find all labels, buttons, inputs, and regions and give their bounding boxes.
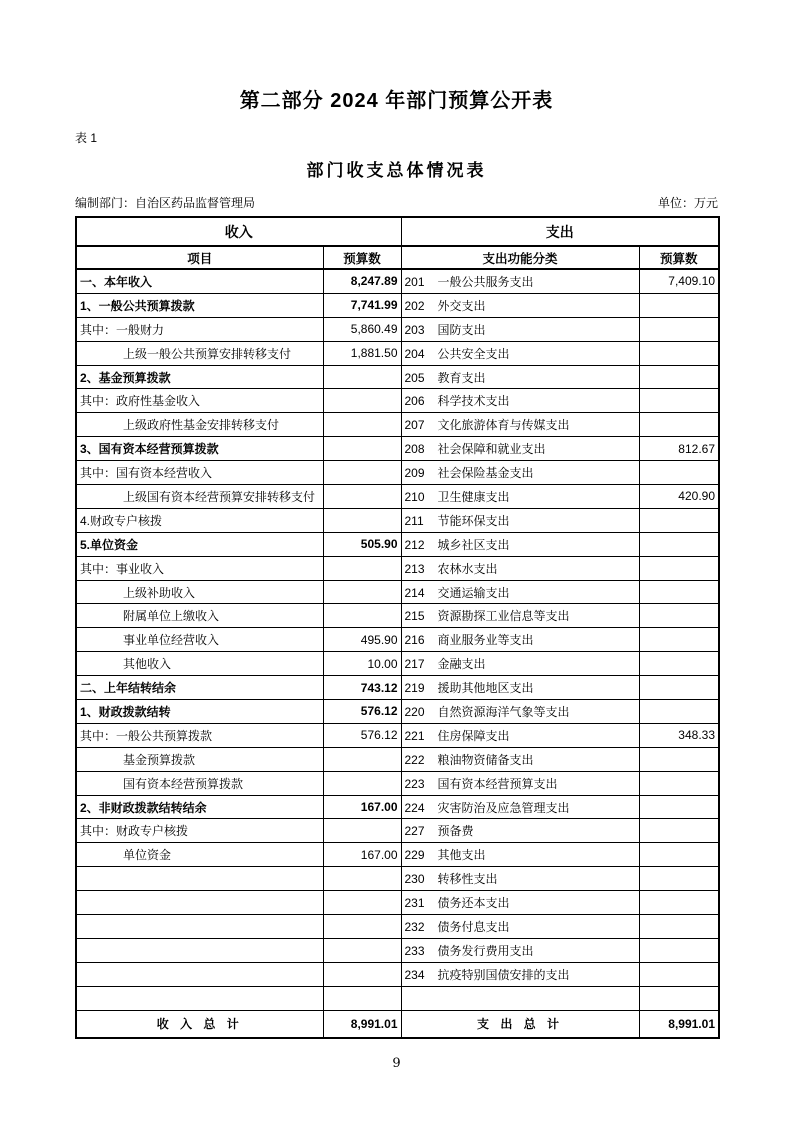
expense-function-code: 227 [405,824,430,838]
income-item-cell: 上级补助收入 [76,580,323,604]
expense-function-code: 211 [405,514,430,528]
income-item-cell [76,938,323,962]
expense-budget-cell [639,962,719,986]
table-title: 部门收支总体情况表 [0,156,793,181]
expense-function-cell: 216商业服务业等支出 [401,628,639,652]
expense-function-name: 金融支出 [438,657,486,671]
expense-budget-cell [639,532,719,556]
expense-budget-cell [639,843,719,867]
expense-total-value: 8,991.01 [639,1010,719,1038]
income-item-cell: 4.财政专户核拨 [76,508,323,532]
expense-function-name: 节能环保支出 [438,514,510,528]
column-header-row: 项目 预算数 支出功能分类 预算数 [76,246,719,269]
table-row: 上级国有资本经营预算安排转移支付210卫生健康支出420.90 [76,485,719,509]
income-budget-cell [323,986,401,1010]
expense-budget-cell [639,628,719,652]
table-row: 一、本年收入8,247.89201一般公共服务支出7,409.10 [76,269,719,293]
expense-function-cell: 220自然资源海洋气象等支出 [401,700,639,724]
expense-function-name: 社会保障和就业支出 [438,442,546,456]
budget-table-body: 一、本年收入8,247.89201一般公共服务支出7,409.101、一般公共预… [76,269,719,1010]
expense-function-code: 222 [405,753,430,767]
expense-function-cell: 222粮油物资储备支出 [401,747,639,771]
expense-function-code: 201 [405,275,430,289]
expense-function-code: 221 [405,729,430,743]
income-item-cell: 上级一般公共预算安排转移支付 [76,341,323,365]
expense-function-name: 债务还本支出 [438,896,510,910]
expense-function-cell: 223国有资本经营预算支出 [401,771,639,795]
expense-function-code: 210 [405,490,430,504]
table-row: 上级补助收入214交通运输支出 [76,580,719,604]
expense-function-cell: 208社会保障和就业支出 [401,437,639,461]
income-budget-column-header: 预算数 [323,246,401,269]
expense-function-cell: 221住房保障支出 [401,723,639,747]
expense-function-code: 215 [405,609,430,623]
expense-budget-cell [639,652,719,676]
income-budget-cell [323,580,401,604]
expense-function-name: 抗疫特别国债安排的支出 [438,968,570,982]
expense-budget-cell [639,556,719,580]
table-row: 其中：国有资本经营收入209社会保险基金支出 [76,461,719,485]
income-item-cell: 上级国有资本经营预算安排转移支付 [76,485,323,509]
expense-function-name: 资源勘探工业信息等支出 [438,609,570,623]
income-item-cell: 1、一般公共预算拨款 [76,293,323,317]
page-number: 9 [75,1056,718,1071]
expense-function-name: 文化旅游体育与传媒支出 [438,418,570,432]
table-row: 234抗疫特别国债安排的支出 [76,962,719,986]
expense-function-code: 231 [405,896,430,910]
expense-function-code: 234 [405,968,430,982]
expense-function-name: 卫生健康支出 [438,490,510,504]
table-label: 表 1 [75,129,793,146]
expense-function-cell: 210卫生健康支出 [401,485,639,509]
table-row: 5.单位资金505.90212城乡社区支出 [76,532,719,556]
income-budget-cell [323,938,401,962]
income-budget-cell [323,389,401,413]
income-budget-cell: 743.12 [323,676,401,700]
expense-function-code: 207 [405,418,430,432]
expense-function-code: 220 [405,705,430,719]
income-budget-cell [323,508,401,532]
expense-function-code: 219 [405,681,430,695]
income-budget-cell: 505.90 [323,532,401,556]
income-item-cell: 2、基金预算拨款 [76,365,323,389]
income-item-cell: 其中：财政专户核拨 [76,819,323,843]
expense-group-header: 支出 [401,217,719,246]
income-budget-cell: 576.12 [323,723,401,747]
table-row: 上级一般公共预算安排转移支付1,881.50204公共安全支出 [76,341,719,365]
table-row: 233债务发行费用支出 [76,938,719,962]
expense-budget-cell [639,580,719,604]
expense-function-code: 214 [405,586,430,600]
expense-function-column-header: 支出功能分类 [401,246,639,269]
expense-function-name: 一般公共服务支出 [438,275,534,289]
expense-function-code: 223 [405,777,430,791]
income-item-cell [76,962,323,986]
part-title: 第二部分 2024 年部门预算公开表 [0,0,793,113]
income-item-cell [76,915,323,939]
table-row: 基金预算拨款222粮油物资储备支出 [76,747,719,771]
expense-function-code: 229 [405,848,430,862]
table-row: 2、非财政拨款结转结余167.00224灾害防治及应急管理支出 [76,795,719,819]
table-row: 1、财政拨款结转576.12220自然资源海洋气象等支出 [76,700,719,724]
table-row: 国有资本经营预算拨款223国有资本经营预算支出 [76,771,719,795]
expense-function-cell: 207文化旅游体育与传媒支出 [401,413,639,437]
expense-function-name: 商业服务业等支出 [438,633,534,647]
expense-budget-cell [639,508,719,532]
expense-function-name: 债务付息支出 [438,920,510,934]
expense-function-code: 204 [405,347,430,361]
income-budget-cell [323,413,401,437]
income-item-cell: 二、上年结转结余 [76,676,323,700]
table-row: 单位资金167.00229其他支出 [76,843,719,867]
income-item-cell: 上级政府性基金安排转移支付 [76,413,323,437]
expense-function-code: 203 [405,323,430,337]
expense-function-name: 预备费 [438,824,474,838]
expense-function-cell: 232债务付息支出 [401,915,639,939]
expense-function-code: 217 [405,657,430,671]
expense-function-cell: 215资源勘探工业信息等支出 [401,604,639,628]
expense-budget-cell [639,341,719,365]
expense-budget-cell [639,891,719,915]
expense-budget-cell: 348.33 [639,723,719,747]
table-row: 3、国有资本经营预算拨款208社会保障和就业支出812.67 [76,437,719,461]
income-total-value: 8,991.01 [323,1010,401,1038]
income-item-cell: 2、非财政拨款结转结余 [76,795,323,819]
table-row: 230转移性支出 [76,867,719,891]
document-page: 第二部分 2024 年部门预算公开表 表 1 部门收支总体情况表 编制部门：自治… [0,0,793,1122]
expense-function-code: 202 [405,299,430,313]
expense-function-name: 援助其他地区支出 [438,681,534,695]
expense-budget-cell [639,915,719,939]
expense-function-name: 转移性支出 [438,872,498,886]
income-budget-cell [323,771,401,795]
expense-function-cell [401,986,639,1010]
income-budget-cell [323,891,401,915]
expense-budget-cell: 7,409.10 [639,269,719,293]
income-budget-cell: 10.00 [323,652,401,676]
table-row: 其中：一般公共预算拨款576.12221住房保障支出348.33 [76,723,719,747]
income-item-cell: 3、国有资本经营预算拨款 [76,437,323,461]
income-item-cell [76,891,323,915]
expense-function-cell: 211节能环保支出 [401,508,639,532]
expense-function-name: 交通运输支出 [438,586,510,600]
income-total-label: 收 入 总 计 [76,1010,323,1038]
expense-function-code: 216 [405,633,430,647]
table-row: 附属单位上缴收入215资源勘探工业信息等支出 [76,604,719,628]
income-budget-cell: 576.12 [323,700,401,724]
table-row: 其中：财政专户核拨227预备费 [76,819,719,843]
expense-function-code: 230 [405,872,430,886]
income-budget-cell [323,747,401,771]
income-item-cell: 基金预算拨款 [76,747,323,771]
expense-function-cell: 219援助其他地区支出 [401,676,639,700]
expense-function-code: 209 [405,466,430,480]
income-budget-cell: 167.00 [323,843,401,867]
income-budget-cell [323,365,401,389]
expense-total-label: 支 出 总 计 [401,1010,639,1038]
income-budget-cell [323,461,401,485]
table-row: 事业单位经营收入495.90216商业服务业等支出 [76,628,719,652]
income-item-cell [76,867,323,891]
table-row: 其中：一般财力5,860.49203国防支出 [76,317,719,341]
expense-budget-cell [639,747,719,771]
income-item-cell: 事业单位经营收入 [76,628,323,652]
expense-function-code: 233 [405,944,430,958]
income-item-cell [76,986,323,1010]
expense-function-cell: 212城乡社区支出 [401,532,639,556]
expense-function-name: 城乡社区支出 [438,538,510,552]
expense-budget-cell [639,604,719,628]
expense-budget-cell [639,771,719,795]
group-header-row: 收入 支出 [76,217,719,246]
income-budget-cell [323,915,401,939]
expense-function-cell: 204公共安全支出 [401,341,639,365]
income-item-cell: 其中：一般财力 [76,317,323,341]
income-budget-cell: 167.00 [323,795,401,819]
expense-budget-cell [639,795,719,819]
income-item-cell: 其中：事业收入 [76,556,323,580]
expense-function-name: 外交支出 [438,299,486,313]
income-item-cell: 1、财政拨款结转 [76,700,323,724]
table-row: 231债务还本支出 [76,891,719,915]
table-row: 1、一般公共预算拨款7,741.99202外交支出 [76,293,719,317]
table-row: 4.财政专户核拨211节能环保支出 [76,508,719,532]
income-item-cell: 其中：政府性基金收入 [76,389,323,413]
expense-function-cell: 213农林水支出 [401,556,639,580]
table-row: 其中：政府性基金收入206科学技术支出 [76,389,719,413]
expense-function-cell: 217金融支出 [401,652,639,676]
expense-function-cell: 227预备费 [401,819,639,843]
expense-budget-cell [639,938,719,962]
income-item-cell: 其中：一般公共预算拨款 [76,723,323,747]
prepared-by-label: 编制部门：自治区药品监督管理局 [75,194,255,211]
expense-function-name: 公共安全支出 [438,347,510,361]
expense-function-code: 205 [405,371,430,385]
total-row: 收 入 总 计 8,991.01 支 出 总 计 8,991.01 [76,1010,719,1038]
table-row: 232债务付息支出 [76,915,719,939]
expense-function-cell: 214交通运输支出 [401,580,639,604]
expense-budget-cell [639,819,719,843]
expense-function-cell: 224灾害防治及应急管理支出 [401,795,639,819]
expense-function-name: 国防支出 [438,323,486,337]
income-item-cell: 单位资金 [76,843,323,867]
expense-function-name: 粮油物资储备支出 [438,753,534,767]
expense-function-cell: 201一般公共服务支出 [401,269,639,293]
expense-budget-cell [639,461,719,485]
table-row: 其中：事业收入213农林水支出 [76,556,719,580]
income-budget-cell [323,556,401,580]
income-item-cell: 其他收入 [76,652,323,676]
expense-budget-cell [639,700,719,724]
income-budget-cell [323,962,401,986]
income-budget-cell: 5,860.49 [323,317,401,341]
expense-function-code: 224 [405,801,430,815]
table-row: 其他收入10.00217金融支出 [76,652,719,676]
expense-function-name: 社会保险基金支出 [438,466,534,480]
expense-function-code: 206 [405,394,430,408]
income-item-cell: 一、本年收入 [76,269,323,293]
income-item-cell: 其中：国有资本经营收入 [76,461,323,485]
income-budget-cell [323,604,401,628]
income-budget-cell [323,819,401,843]
expense-function-cell: 209社会保险基金支出 [401,461,639,485]
table-row: 2、基金预算拨款205教育支出 [76,365,719,389]
expense-function-cell: 203国防支出 [401,317,639,341]
expense-budget-column-header: 预算数 [639,246,719,269]
expense-function-name: 自然资源海洋气象等支出 [438,705,570,719]
expense-function-name: 住房保障支出 [438,729,510,743]
expense-function-cell: 234抗疫特别国债安排的支出 [401,962,639,986]
expense-function-name: 灾害防治及应急管理支出 [438,801,570,815]
expense-function-name: 农林水支出 [438,562,498,576]
expense-function-cell: 202外交支出 [401,293,639,317]
table-row [76,986,719,1010]
expense-budget-cell [639,293,719,317]
budget-table: 收入 支出 项目 预算数 支出功能分类 预算数 一、本年收入8,247.8920… [75,216,720,1039]
expense-budget-cell [639,676,719,700]
expense-function-name: 科学技术支出 [438,394,510,408]
expense-budget-cell [639,413,719,437]
expense-budget-cell [639,365,719,389]
unit-label: 单位：万元 [658,194,718,211]
income-budget-cell: 495.90 [323,628,401,652]
expense-budget-cell [639,389,719,413]
expense-function-name: 教育支出 [438,371,486,385]
income-item-cell: 国有资本经营预算拨款 [76,771,323,795]
expense-function-cell: 231债务还本支出 [401,891,639,915]
expense-budget-cell [639,867,719,891]
expense-function-cell: 230转移性支出 [401,867,639,891]
expense-function-cell: 205教育支出 [401,365,639,389]
income-budget-cell: 7,741.99 [323,293,401,317]
income-item-cell: 5.单位资金 [76,532,323,556]
income-item-cell: 附属单位上缴收入 [76,604,323,628]
income-budget-cell: 8,247.89 [323,269,401,293]
expense-function-code: 212 [405,538,430,552]
expense-budget-cell: 420.90 [639,485,719,509]
expense-function-name: 国有资本经营预算支出 [438,777,558,791]
expense-function-code: 232 [405,920,430,934]
expense-budget-cell: 812.67 [639,437,719,461]
expense-function-cell: 206科学技术支出 [401,389,639,413]
expense-function-cell: 229其他支出 [401,843,639,867]
income-budget-cell [323,437,401,461]
income-group-header: 收入 [76,217,401,246]
item-column-header: 项目 [76,246,323,269]
income-budget-cell [323,867,401,891]
table-row: 二、上年结转结余743.12219援助其他地区支出 [76,676,719,700]
table-row: 上级政府性基金安排转移支付207文化旅游体育与传媒支出 [76,413,719,437]
expense-function-code: 213 [405,562,430,576]
expense-function-code: 208 [405,442,430,456]
expense-function-name: 债务发行费用支出 [438,944,534,958]
expense-budget-cell [639,986,719,1010]
income-budget-cell: 1,881.50 [323,341,401,365]
expense-function-name: 其他支出 [438,848,486,862]
income-budget-cell [323,485,401,509]
meta-row: 编制部门：自治区药品监督管理局 单位：万元 [75,194,718,211]
expense-function-cell: 233债务发行费用支出 [401,938,639,962]
expense-budget-cell [639,317,719,341]
